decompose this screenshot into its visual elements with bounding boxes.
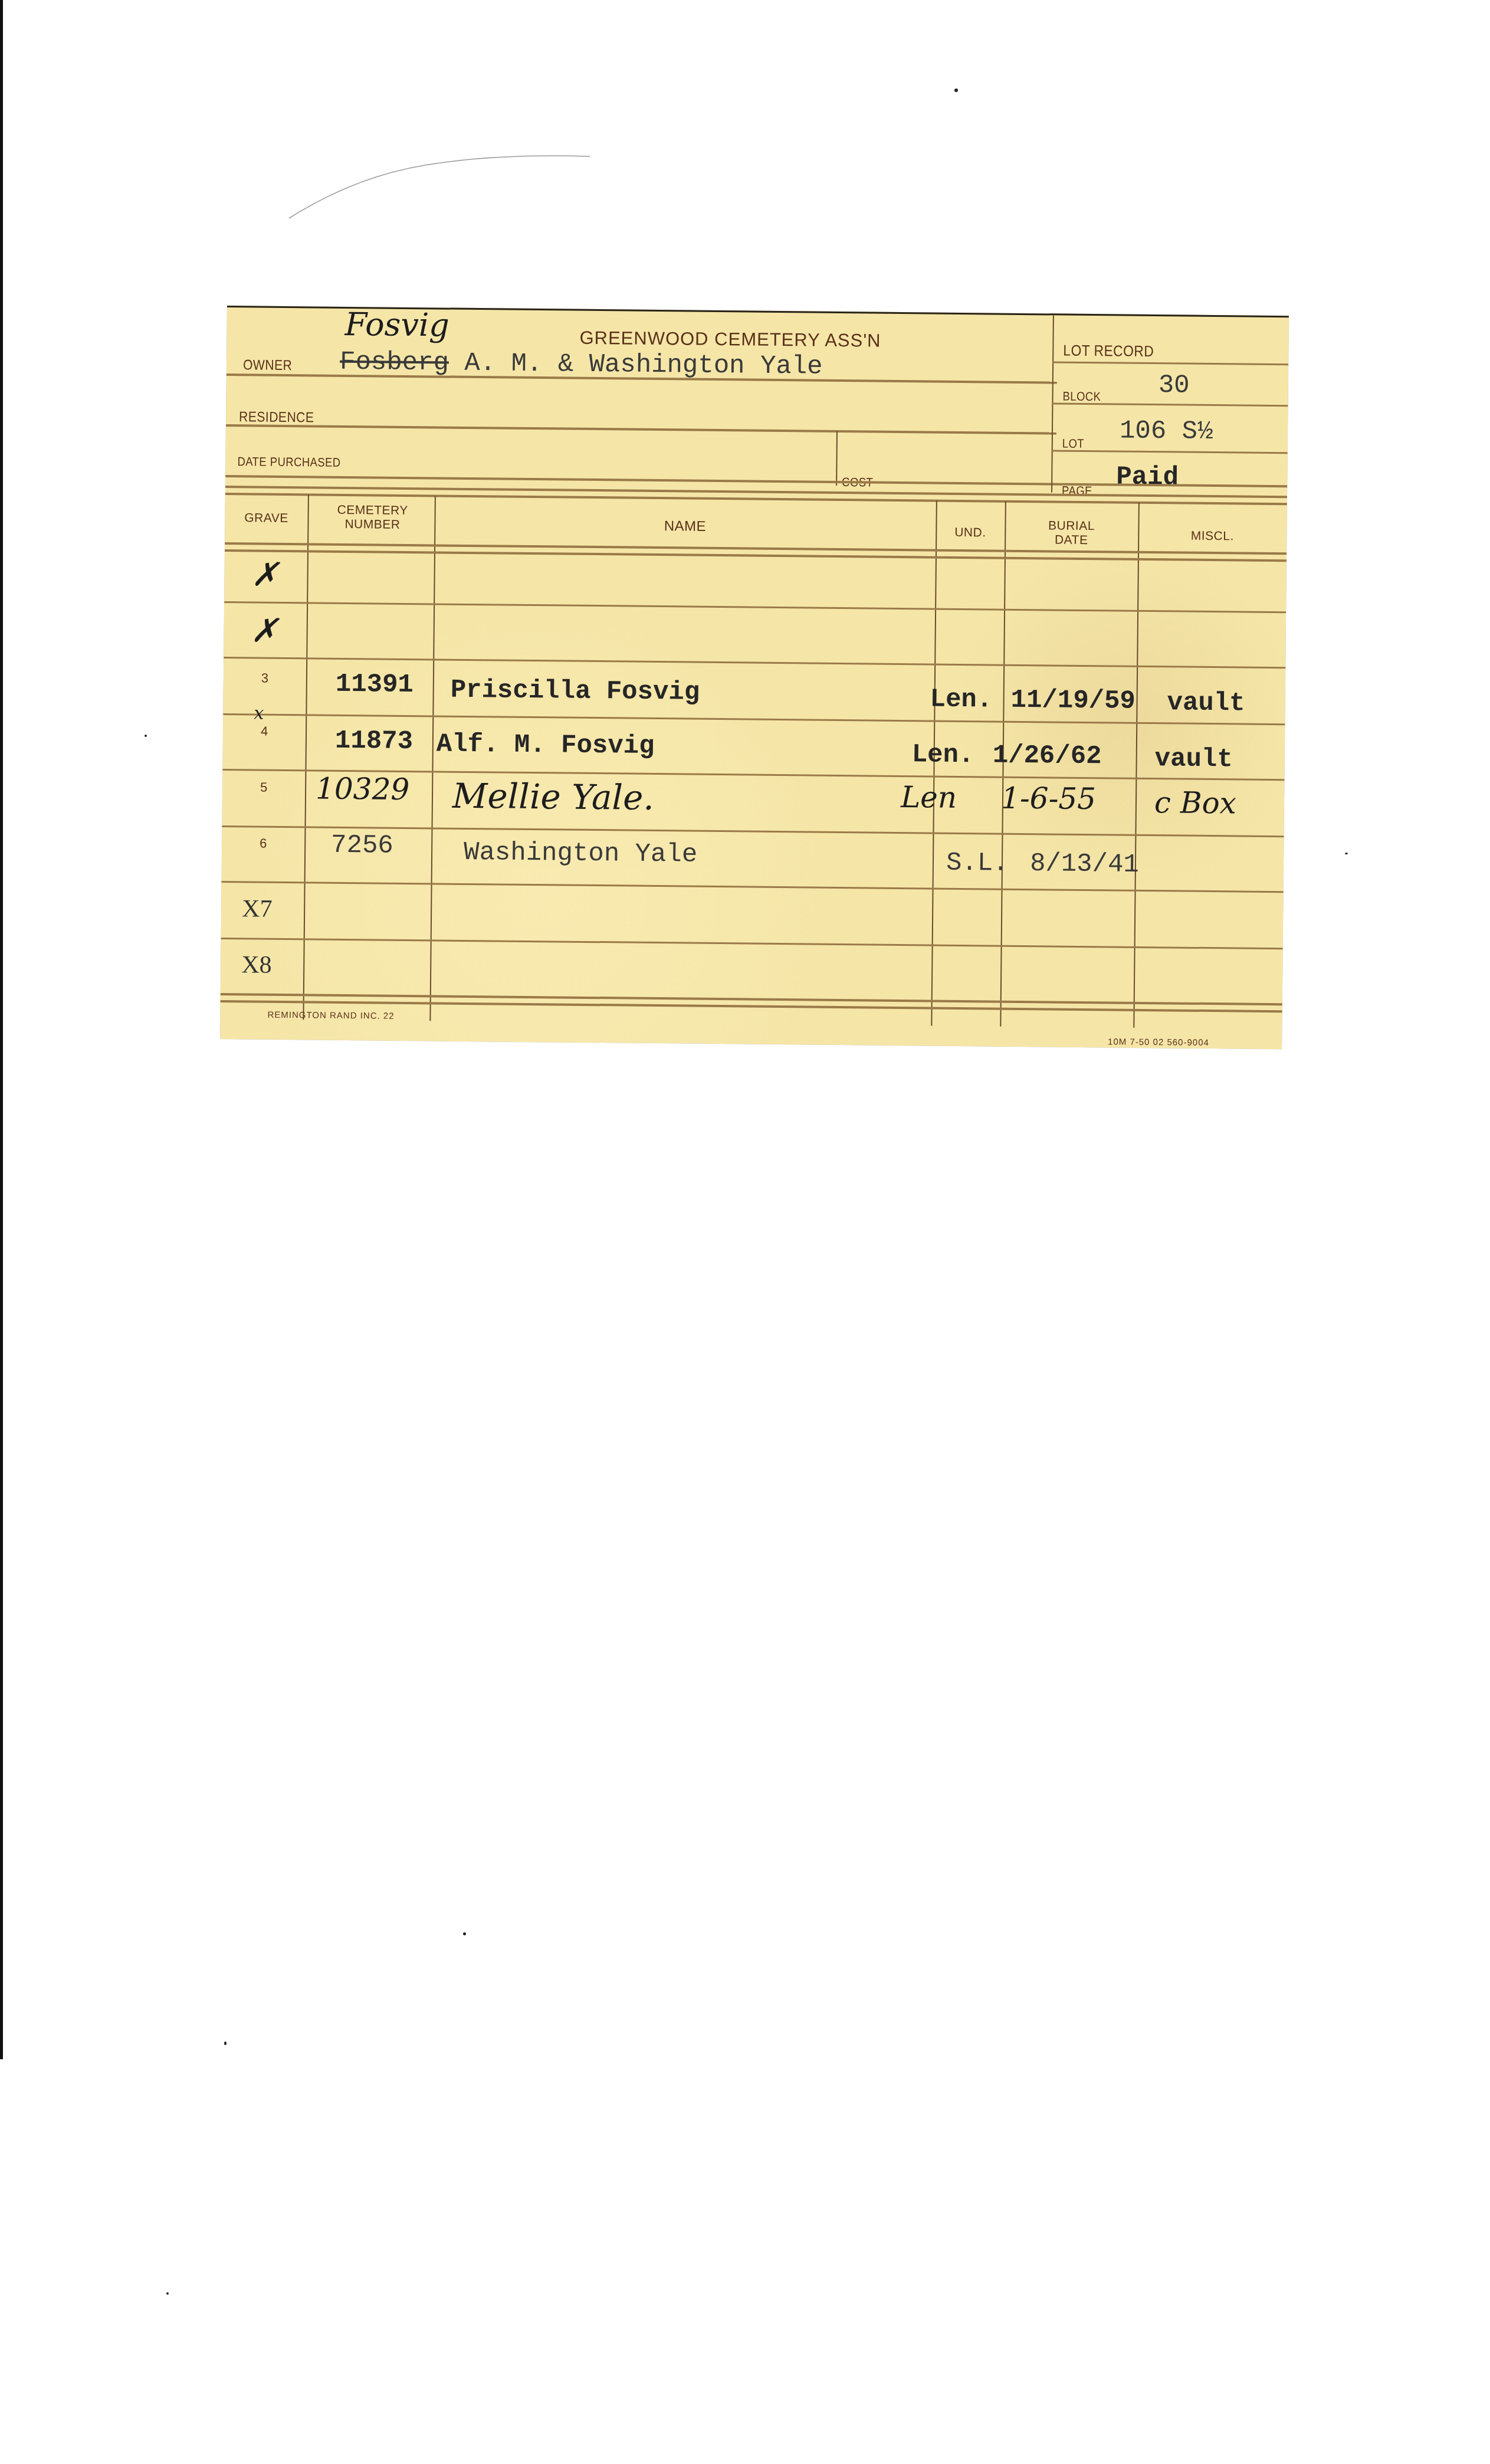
- lot-value: 106 S½: [1120, 417, 1213, 447]
- grave-number: 5: [228, 779, 299, 795]
- name: Priscilla Fosvig: [451, 676, 700, 707]
- col-header-burial-date: BURIAL DATE: [1033, 519, 1110, 548]
- undertaker: Len: [901, 780, 957, 815]
- lot-rule: [1052, 450, 1288, 454]
- between-rows-mark: x: [254, 703, 264, 723]
- dust-speck: [1345, 853, 1348, 854]
- owner-struck-name: Fosberg: [340, 348, 449, 378]
- printer-imprint: REMINGTON RAND INC. 22: [267, 1010, 394, 1021]
- lot-record-rule: [1052, 361, 1288, 365]
- block-rule: [1052, 402, 1288, 407]
- col-header-name: NAME: [434, 516, 936, 537]
- residence-rule: [226, 424, 1056, 435]
- date-purchased-label: DATE PURCHASED: [237, 455, 340, 470]
- grave-number: 4: [229, 723, 300, 739]
- burial-date: 8/13/41: [1030, 849, 1139, 880]
- row-rule: [221, 938, 1283, 949]
- dust-speck: [954, 89, 958, 92]
- miscl: vault: [1154, 744, 1233, 774]
- burial-date: 1/26/62: [993, 740, 1102, 771]
- grave-number: 3: [229, 670, 300, 686]
- cemetery-number: 11391: [336, 670, 414, 700]
- lot-record-title: LOT RECORD: [1063, 342, 1154, 361]
- owner-label: OWNER: [243, 357, 292, 374]
- grave-x7: X7: [242, 894, 273, 923]
- name: Alf. M. Fosvig: [437, 729, 655, 761]
- name: Washington Yale: [464, 838, 698, 870]
- form-code: 10M 7-50 02 560-9004: [1108, 1037, 1209, 1048]
- col-header-cemetery-number: CEMETERY NUMBER: [325, 503, 419, 533]
- col-divider-burial-date: [1133, 503, 1140, 1028]
- dust-speck: [145, 735, 147, 737]
- residence-label: RESIDENCE: [239, 409, 314, 426]
- cemetery-number: 7256: [331, 831, 393, 861]
- col-header-und: UND.: [936, 526, 1005, 540]
- grave-number: 6: [228, 835, 298, 851]
- page-value: Paid: [1116, 462, 1179, 492]
- scanner-edge: [0, 0, 3, 2059]
- owner-handwritten-correction: Fosvig: [344, 306, 449, 344]
- undertaker: S.L.: [946, 848, 1009, 879]
- grave-x8: X8: [241, 951, 272, 979]
- grave-x8-label: X8: [241, 951, 272, 978]
- dust-speck: [463, 1932, 466, 1935]
- cemetery-number: 11873: [335, 726, 413, 756]
- col-divider-cemetery-number: [429, 496, 436, 1021]
- lot-label: LOT: [1062, 437, 1084, 451]
- name: Mellie Yale.: [452, 776, 654, 818]
- page-label: PAGE: [1062, 484, 1092, 499]
- row-rule: [222, 881, 1284, 893]
- col-header-miscl: MISCL.: [1138, 529, 1286, 544]
- grave-1-cross-mark: ✗: [251, 555, 279, 594]
- lot-record-card: Fosvig GREENWOOD CEMETERY ASS'N OWNER Fo…: [220, 306, 1289, 1049]
- undertaker: Len.: [912, 740, 974, 770]
- pencil-stroke: [283, 153, 613, 224]
- grave-2-cross-mark: ✗: [250, 611, 278, 650]
- row-rule: [224, 601, 1286, 613]
- block-value: 30: [1158, 371, 1190, 401]
- dust-speck: [166, 2292, 169, 2295]
- dust-speck: [224, 2042, 227, 2045]
- cemetery-number: 10329: [316, 771, 410, 807]
- col-header-grave: GRAVE: [225, 511, 307, 526]
- cost-divider: [836, 431, 838, 486]
- miscl: vault: [1167, 688, 1245, 718]
- block-label: BLOCK: [1062, 390, 1101, 405]
- burial-date: 1-6-55: [1001, 781, 1097, 817]
- burial-date: 11/19/59: [1010, 686, 1135, 716]
- row-rule: [224, 657, 1285, 669]
- grave-x7-label: X7: [242, 895, 273, 922]
- undertaker: Len.: [930, 684, 992, 715]
- organization-title: GREENWOOD CEMETERY ASS'N: [579, 327, 881, 352]
- col-divider-grave: [303, 494, 309, 1020]
- miscl: c Box: [1154, 785, 1237, 820]
